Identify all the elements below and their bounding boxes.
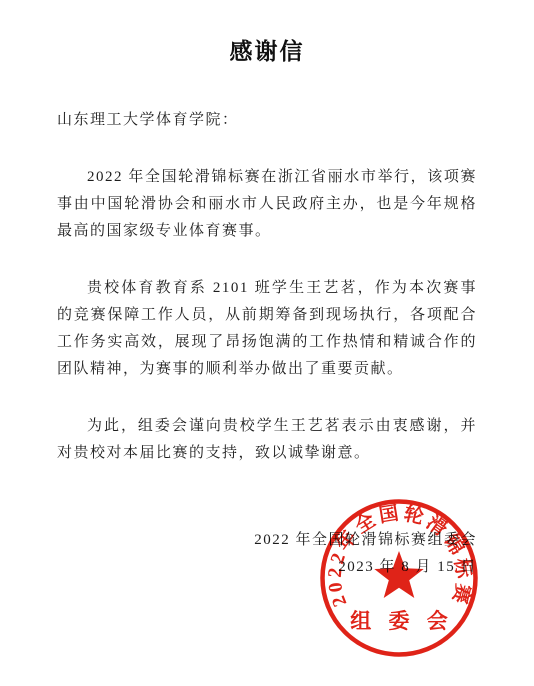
letter-page: 感谢信 山东理工大学体育学院： 2022 年全国轮滑锦标赛在浙江省丽水市举行，该… <box>0 0 534 686</box>
letter-body: 山东理工大学体育学院： 2022 年全国轮滑锦标赛在浙江省丽水市举行，该项赛事由… <box>57 107 477 581</box>
signature-block: 2022 年全国轮滑锦标赛组委会 2023 年 8 月 15 日 <box>57 527 477 581</box>
letter-title: 感谢信 <box>0 0 534 66</box>
paragraph-thanks: 为此，组委会谨向贵校学生王艺茗表示由衷感谢，并对贵校对本届比赛的支持，致以诚挚谢… <box>57 413 477 467</box>
salutation: 山东理工大学体育学院： <box>57 107 477 134</box>
signature-committee: 2022 年全国轮滑锦标赛组委会 <box>57 527 477 554</box>
seal-bottom-text: 组 委 会 <box>350 609 454 633</box>
signature-date: 2023 年 8 月 15 日 <box>57 554 477 581</box>
paragraph-event-intro: 2022 年全国轮滑锦标赛在浙江省丽水市举行，该项赛事由中国轮滑协会和丽水市人民… <box>57 164 477 245</box>
paragraph-student-contribution: 贵校体育教育系 2101 班学生王艺茗，作为本次赛事的竞赛保障工作人员，从前期筹… <box>57 275 477 383</box>
